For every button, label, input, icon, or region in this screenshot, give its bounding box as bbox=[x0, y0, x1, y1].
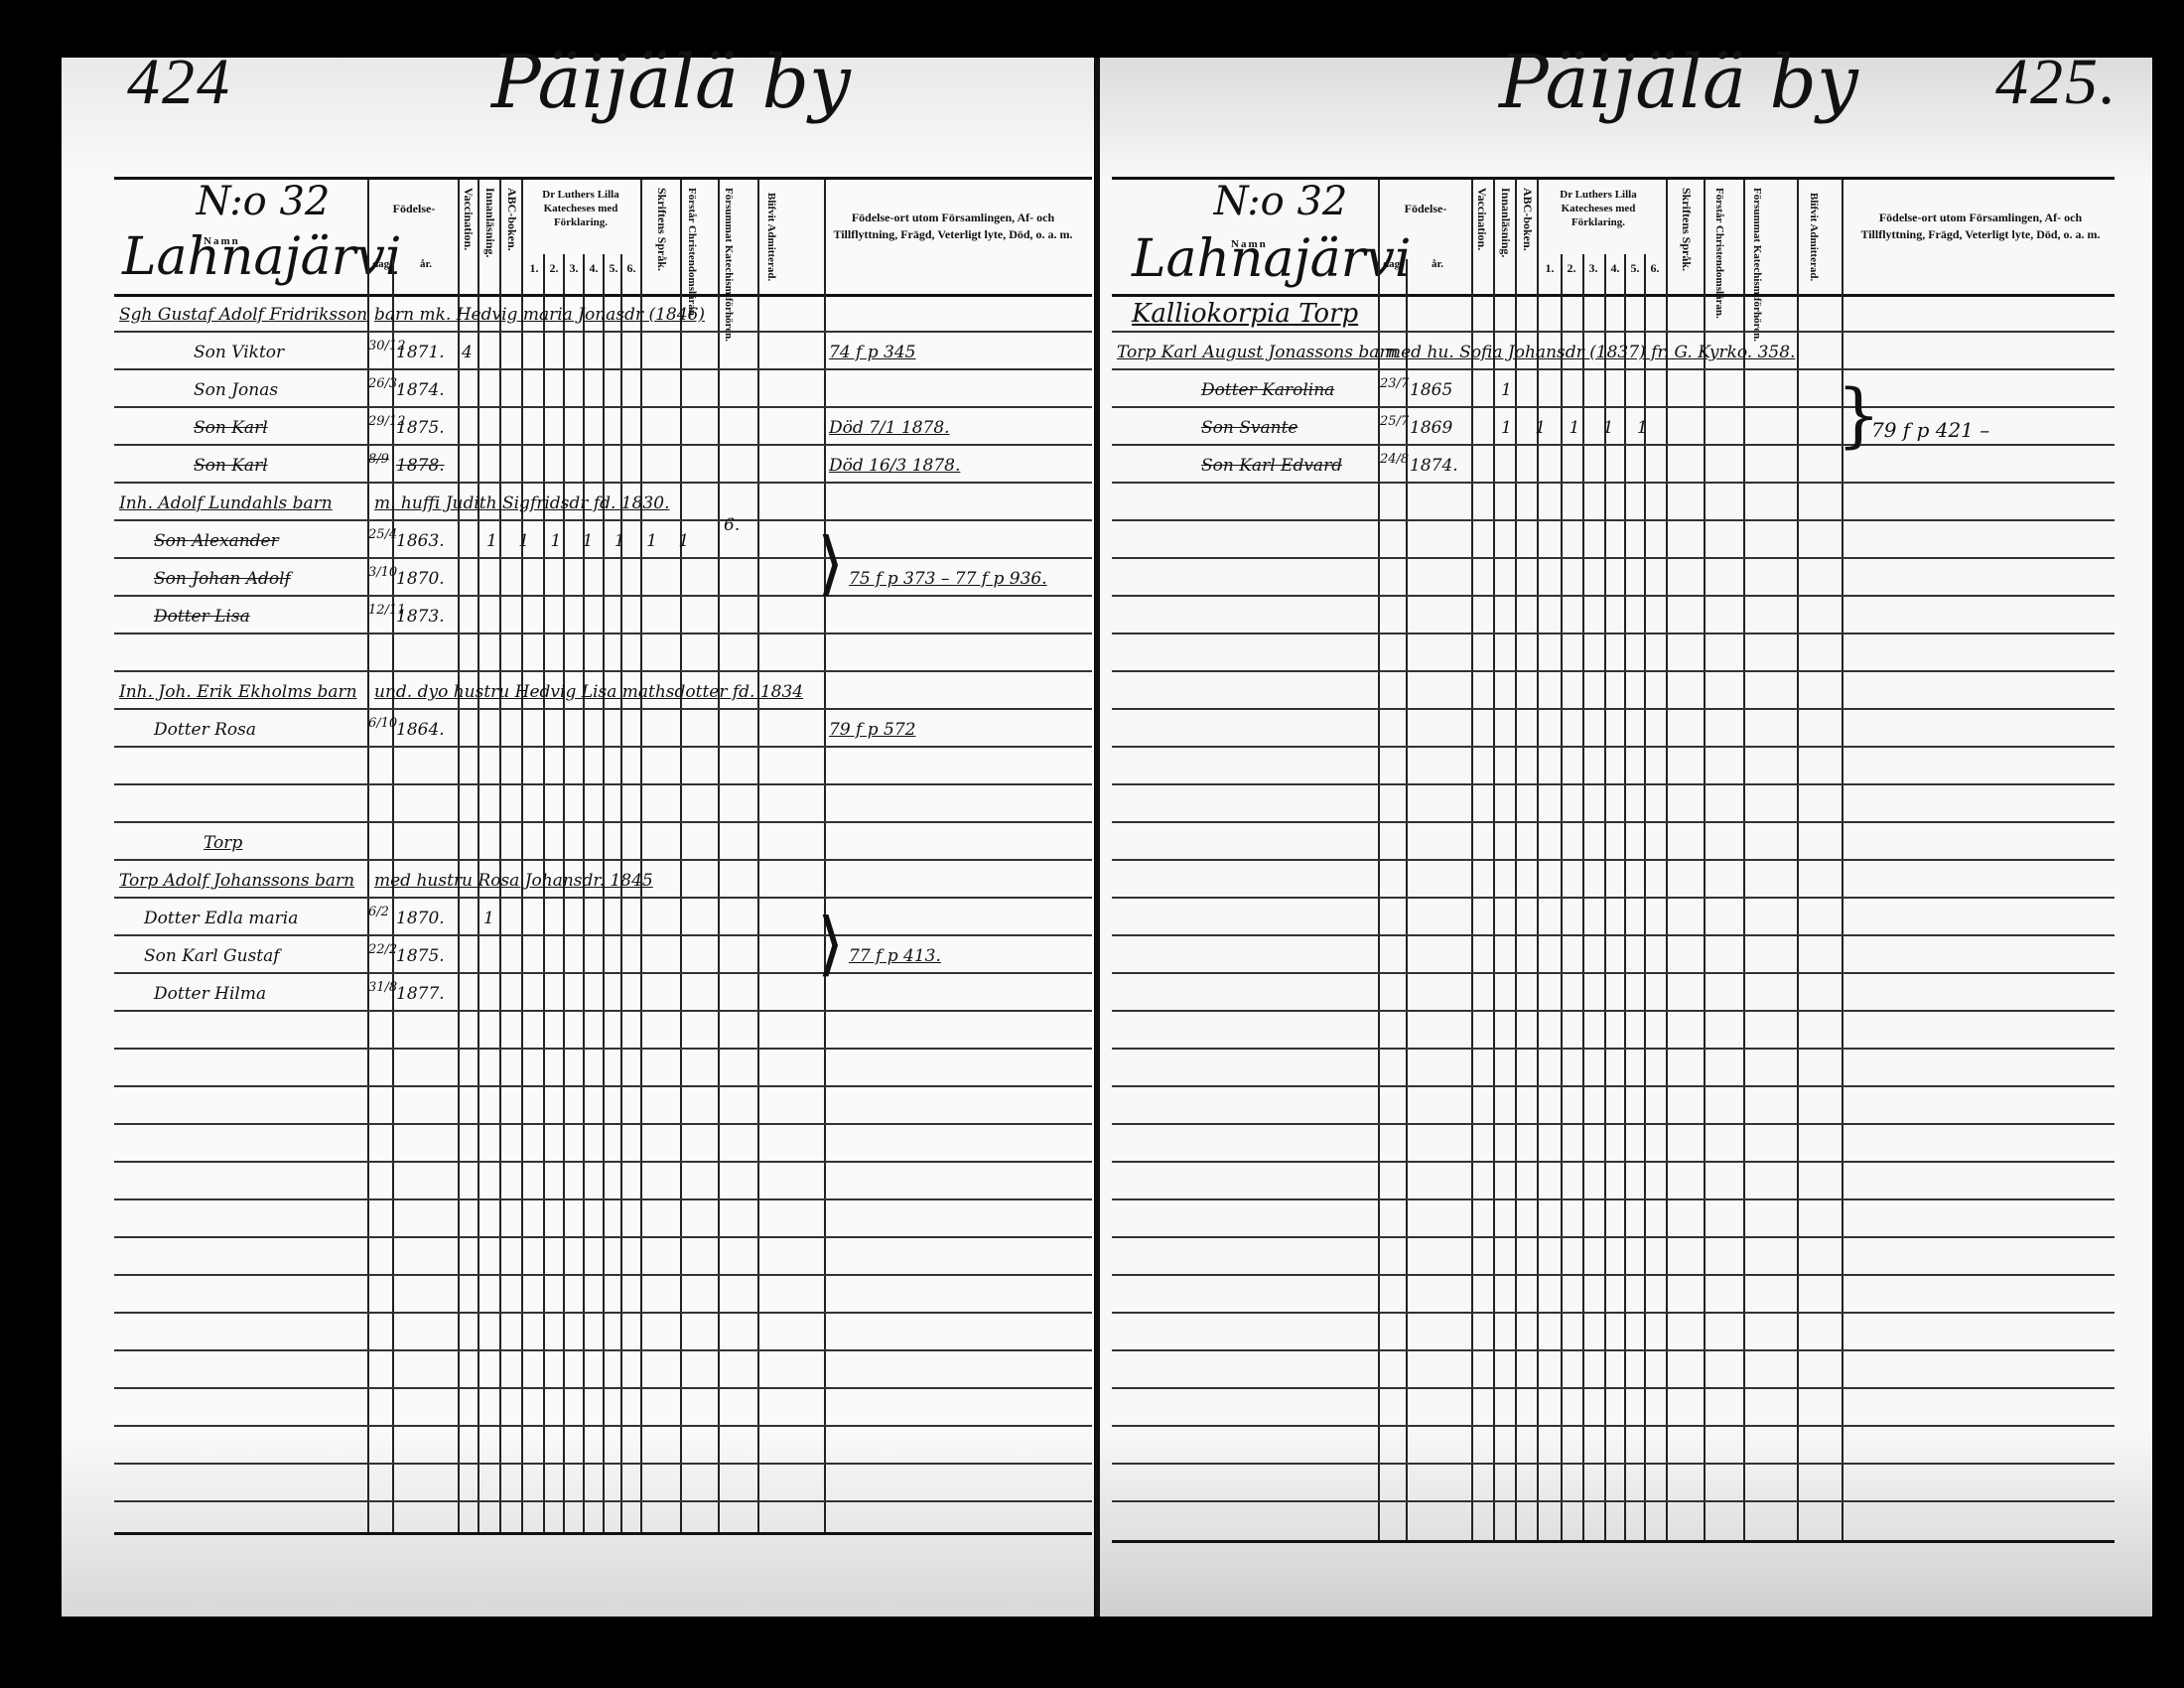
entry-name: Son Karl bbox=[194, 456, 268, 476]
entry-year: 1865 bbox=[1410, 380, 1452, 400]
dag-header: dag. bbox=[1380, 257, 1406, 271]
entry-marks: 1 1 1 1 1 1 1 bbox=[486, 531, 697, 551]
fodelse-header: Födelse- bbox=[370, 202, 458, 215]
kat-col-2: 2. bbox=[1563, 261, 1580, 275]
entry-year: 1878. bbox=[396, 456, 445, 476]
entry-day: 25/4 bbox=[368, 527, 397, 542]
left-village-title: Päijälä by bbox=[491, 40, 851, 125]
katekes-header: Dr Luthers Lilla Katecheses med Förklari… bbox=[1539, 188, 1658, 229]
entry-name: Dotter Edla maria bbox=[144, 909, 298, 928]
remarks-header: Födelse-ort utom Församlingen, Af- och T… bbox=[829, 210, 1077, 243]
entry-note: Död 7/1 1878. bbox=[829, 418, 950, 438]
entry-name: Inh. Joh. Erik Ekholms barn bbox=[119, 682, 357, 702]
entry-year: 1873. bbox=[396, 607, 445, 627]
vaccination-header: Vaccination. bbox=[462, 188, 476, 250]
entry-name: Dotter Rosa bbox=[154, 720, 256, 740]
kat-col-3: 3. bbox=[565, 261, 583, 275]
entry-name: Son Alexander bbox=[154, 531, 279, 551]
katekes-header: Dr Luthers Lilla Katecheses med Förklari… bbox=[523, 188, 638, 229]
kat-col-1: 1. bbox=[1541, 261, 1559, 275]
entry-day: 6/2 bbox=[368, 905, 389, 919]
entry-note: 77 f p 413. bbox=[849, 946, 941, 966]
place-name: Lahnajärvi bbox=[1132, 229, 1412, 289]
kat-col-4: 4. bbox=[1606, 261, 1624, 275]
entry-mark: 4 bbox=[462, 343, 473, 362]
household-number: N:o 32 bbox=[197, 179, 331, 224]
entry-day: 3/10 bbox=[368, 565, 397, 580]
kat-col-6: 6. bbox=[1646, 261, 1664, 275]
entry-year: 1877. bbox=[396, 984, 445, 1004]
skriftens-sprak-header: Skriftens Språk. bbox=[655, 188, 669, 271]
brace-icon: ⟩ bbox=[817, 903, 844, 984]
admitterad-header: Blifvit Admitterad. bbox=[1807, 188, 1821, 287]
innanlasning-header: Innanläsning. bbox=[483, 188, 497, 257]
entry-cont: m. huffi Judith Sigfridsdr fd. 1830. bbox=[374, 493, 669, 513]
left-page-number: 424 bbox=[127, 45, 231, 120]
kat-col-5: 5. bbox=[1626, 261, 1644, 275]
entry-note: Död 16/3 1878. bbox=[829, 456, 960, 476]
entry-name: Dotter Hilma bbox=[154, 984, 266, 1004]
entry-mark: 1 bbox=[1501, 380, 1512, 400]
entry-note: 79 f p 572 bbox=[829, 720, 915, 740]
entry-year: 1871. bbox=[396, 343, 445, 362]
right-header-row: N:o 32 Namn Lahnajärvi Födelse- dag. år.… bbox=[1112, 180, 2115, 297]
entry-cont: barn mk. Hedvig maria Jonasdr (1846) bbox=[374, 305, 705, 325]
kat-col-2: 2. bbox=[545, 261, 563, 275]
entry-day: 6/10 bbox=[368, 716, 397, 731]
entry-mark: 6. bbox=[724, 515, 740, 535]
entry-day: 31/8 bbox=[368, 980, 397, 995]
entry-year: 1875. bbox=[396, 946, 445, 966]
entry-cont: med hustru Rosa Johansdr. 1845 bbox=[374, 871, 653, 891]
place-name: Lahnajärvi bbox=[122, 227, 402, 287]
section-label: Torp bbox=[204, 833, 242, 853]
entry-name: Dotter Lisa bbox=[154, 607, 250, 627]
forsummat-header: Försummat Katechismiförhören. bbox=[1750, 188, 1764, 287]
entry-cont: med hu. Sofia Johansdr (1837) fr. G. Kyr… bbox=[1385, 343, 1795, 362]
entry-name: Torp Adolf Johanssons barn bbox=[119, 871, 354, 891]
entry-day: 23/7 bbox=[1380, 376, 1409, 391]
dag-header: dag. bbox=[370, 257, 394, 271]
fodelse-header: Födelse- bbox=[1382, 202, 1469, 215]
right-village-title: Päijälä by bbox=[1499, 40, 1858, 125]
vaccination-header: Vaccination. bbox=[1475, 188, 1489, 250]
entry-mark: 1 bbox=[483, 909, 494, 928]
entry-note: 79 f p 421 – bbox=[1871, 418, 1989, 442]
remarks-header: Födelse-ort utom Församlingen, Af- och T… bbox=[1856, 210, 2105, 243]
kat-col-4: 4. bbox=[585, 261, 603, 275]
entry-year: 1874. bbox=[396, 380, 445, 400]
abc-boken-header: ABC-boken. bbox=[505, 188, 519, 251]
brace-icon: } bbox=[1837, 374, 1881, 456]
kat-col-1: 1. bbox=[525, 261, 543, 275]
entry-name: Son Viktor bbox=[194, 343, 284, 362]
entry-year: 1874. bbox=[1410, 456, 1458, 476]
entry-name: Inh. Adolf Lundahls barn bbox=[119, 493, 333, 513]
right-page-number: 425. bbox=[1995, 45, 2118, 120]
entry-name: Son Svante bbox=[1201, 418, 1297, 438]
subplace-name: Kalliokorpia Torp bbox=[1132, 299, 1358, 329]
entry-year: 1875. bbox=[396, 418, 445, 438]
entry-name: Son Johan Adolf bbox=[154, 569, 291, 589]
entry-day: 25/7 bbox=[1380, 414, 1409, 429]
entry-name: Son Karl bbox=[194, 418, 268, 438]
entry-day: 22/2 bbox=[368, 942, 397, 957]
ar-header: år. bbox=[1406, 257, 1469, 271]
kat-col-3: 3. bbox=[1584, 261, 1602, 275]
kat-col-6: 6. bbox=[622, 261, 640, 275]
brace-icon: ⟩ bbox=[817, 522, 844, 604]
entry-name: Son Karl Edvard bbox=[1201, 456, 1342, 476]
forstar-header: Förstår Christendomsläran. bbox=[1712, 188, 1726, 287]
entry-name: Sgh Gustaf Adolf Fridriksson bbox=[119, 305, 367, 325]
household-number: N:o 32 bbox=[1214, 179, 1348, 224]
entry-year: 1863. bbox=[396, 531, 445, 551]
entry-name: Torp Karl August Jonassons barn bbox=[1117, 343, 1398, 362]
entry-day: 24/8 bbox=[1380, 452, 1409, 467]
abc-boken-header: ABC-boken. bbox=[1521, 188, 1535, 251]
innanlasning-header: Innanläsning. bbox=[1499, 188, 1513, 257]
forstar-header: Förstår Christendomsläran. bbox=[685, 188, 699, 287]
entry-year: 1864. bbox=[396, 720, 445, 740]
entry-marks: 1 1 1 1 1 bbox=[1501, 418, 1657, 438]
entry-day: 8/9 bbox=[368, 452, 389, 467]
entry-note: 74 f p 345 bbox=[829, 343, 915, 362]
entry-name: Son Jonas bbox=[194, 380, 278, 400]
entry-name: Dotter Karolina bbox=[1201, 380, 1334, 400]
entry-cont: und. dyo hustru Hedvig Lisa mathsdotter … bbox=[374, 682, 803, 702]
left-ledger-table: N:o 32 Namn Lahnajärvi Födelse- dag. år.… bbox=[114, 177, 1092, 1535]
entry-note: 75 f p 373 – 77 f p 936. bbox=[849, 569, 1047, 589]
skriftens-sprak-header: Skriftens Språk. bbox=[1680, 188, 1694, 271]
ar-header: år. bbox=[394, 257, 458, 271]
admitterad-header: Blifvit Admitterad. bbox=[764, 188, 778, 287]
entry-year: 1870. bbox=[396, 569, 445, 589]
forsummat-header: Försummat Katechismiförhören. bbox=[722, 188, 736, 287]
entry-name: Son Karl Gustaf bbox=[144, 946, 280, 966]
entry-year: 1870. bbox=[396, 909, 445, 928]
entry-year: 1869 bbox=[1410, 418, 1452, 438]
right-ledger-table: N:o 32 Namn Lahnajärvi Födelse- dag. år.… bbox=[1112, 177, 2115, 1543]
